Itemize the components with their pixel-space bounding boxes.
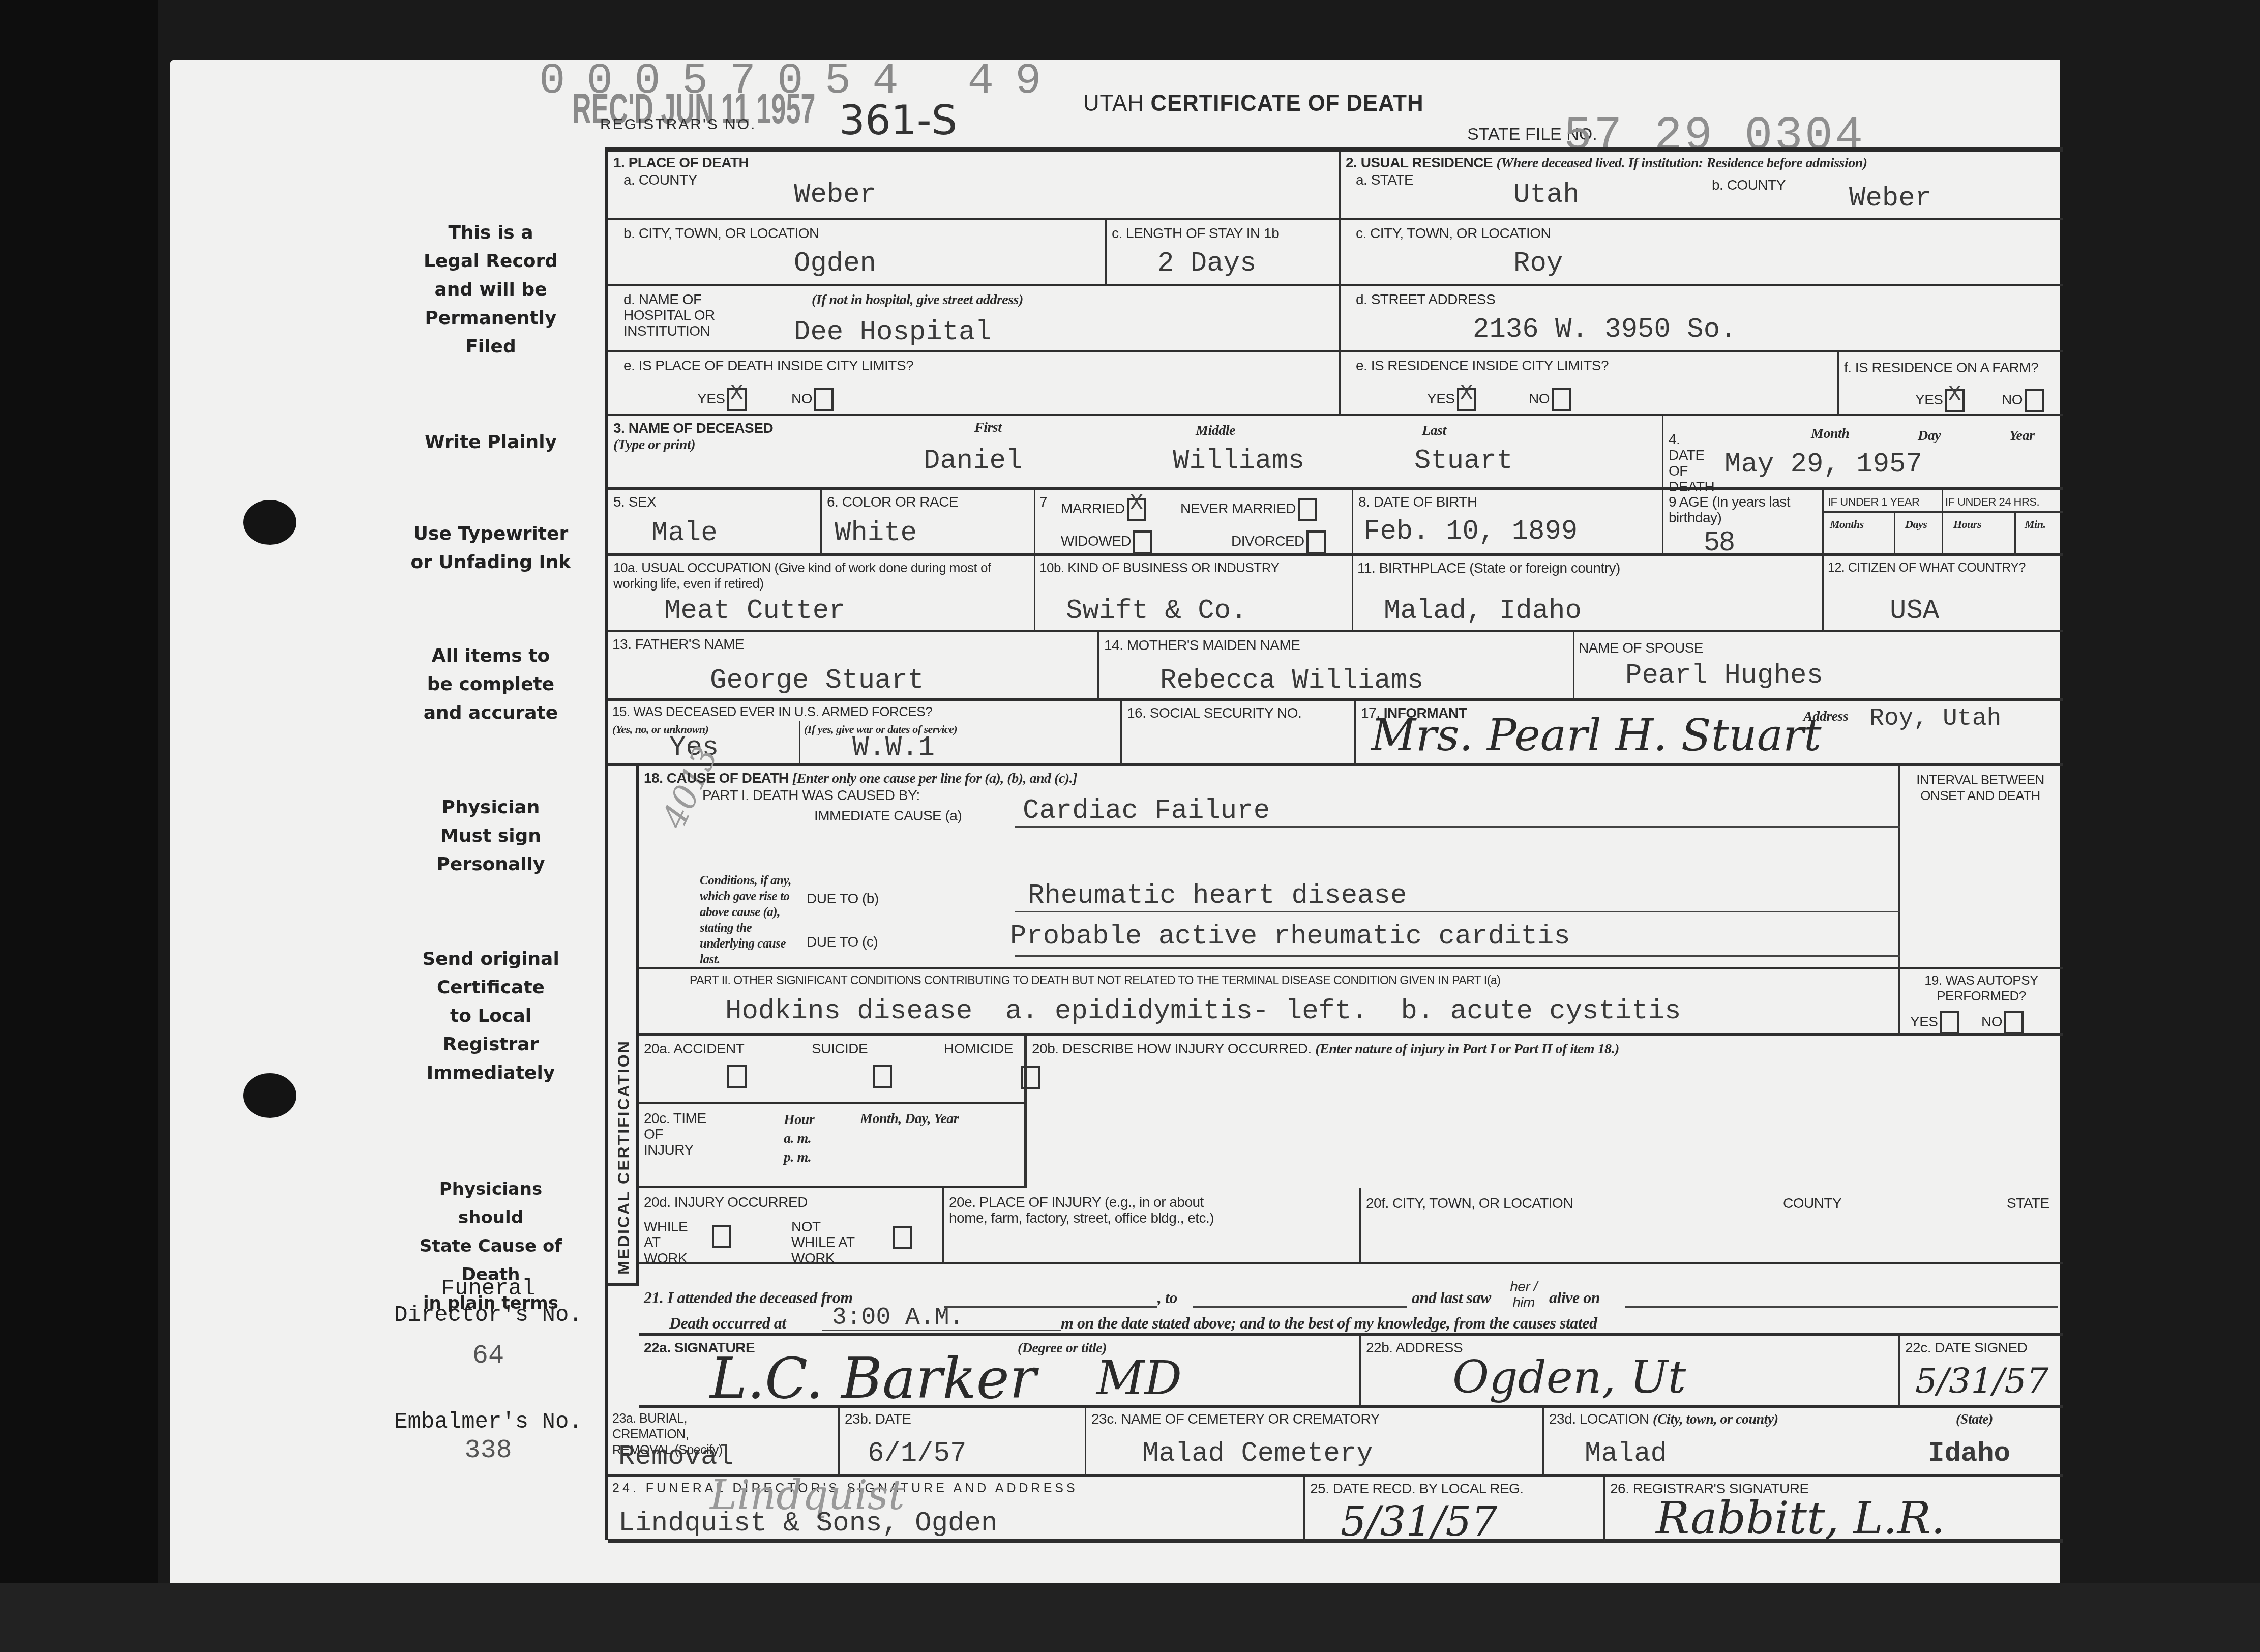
label-dod-day: Day <box>1918 427 1941 444</box>
field-residence-state-county: 2. USUAL RESIDENCE (Where deceased lived… <box>1341 152 2063 220</box>
label-age: 9 AGE (In years last birthday) <box>1669 494 1816 525</box>
value-residence-county[interactable]: Weber <box>1849 183 1931 214</box>
checkbox-icon <box>1133 530 1152 554</box>
field-deceased-name: 3. NAME OF DECEASED(Type or print) First… <box>608 416 1663 490</box>
label-race: 6. COLOR OR RACE <box>827 494 958 510</box>
checkbox-widowed[interactable]: WIDOWED <box>1061 530 1152 554</box>
value-birthplace[interactable]: Malad, Idaho <box>1384 596 1582 627</box>
field-interval: INTERVAL BETWEEN ONSET AND DEATH <box>1900 766 2063 969</box>
label-occupation: 10a. USUAL OCCUPATION (Give kind of work… <box>613 560 1030 592</box>
label-residence-state: a. STATE <box>1356 172 1413 188</box>
field-death-city: b. CITY, TOWN, OR LOCATION Ogden <box>608 220 1107 286</box>
checkbox-residence-city-limits-yes[interactable]: YES <box>1427 388 1476 411</box>
field-informant: 17. INFORMANT Address Mrs. Pearl H. Stua… <box>1356 701 2063 766</box>
label-injury-city: 20f. CITY, TOWN, OR LOCATION <box>1366 1195 1573 1211</box>
label-alive-on: alive on <box>1549 1290 1600 1306</box>
value-death-time[interactable]: 3:00 A.M. <box>832 1304 964 1332</box>
value-race[interactable]: White <box>835 518 917 549</box>
checkbox-icon <box>1298 498 1317 521</box>
label-father: 13. FATHER'S NAME <box>612 636 744 652</box>
registrar-label: REGISTRAR'S NO. <box>600 116 756 133</box>
label-days: Days <box>1905 516 1927 532</box>
value-first-name[interactable]: Daniel <box>924 446 1022 477</box>
value-length-of-stay[interactable]: 2 Days <box>1157 248 1256 279</box>
margin-note-write-plainly: Write Plainly <box>407 428 575 457</box>
label-injury-hour: Houra. m.p. m. <box>784 1110 814 1167</box>
field-injury-location: 20f. CITY, TOWN, OR LOCATION COUNTY STAT… <box>1361 1188 2063 1264</box>
field-age: 9 AGE (In years last birthday) 58 <box>1663 490 1824 556</box>
margin-note-send-original: Send original Certificate to Local Regis… <box>407 945 575 1087</box>
label-immediate-cause: IMMEDIATE CAUSE (a) <box>814 808 962 823</box>
title-state: UTAH <box>1083 90 1144 116</box>
field-citizenship: 12. CITIZEN OF WHAT COUNTRY? USA <box>1824 556 2063 632</box>
label-months: Months <box>1830 516 1864 532</box>
checkbox-not-while-at-work[interactable]: NOT WHILE AT WORK <box>791 1219 863 1266</box>
value-immediate-cause[interactable]: Cardiac Failure <box>1023 795 1270 827</box>
checkbox-icon <box>1940 1011 1959 1035</box>
field-length-of-stay: c. LENGTH OF STAY IN 1b 2 Days <box>1107 220 1341 286</box>
value-death-county[interactable]: Weber <box>794 180 876 211</box>
label-death-city-limits: e. IS PLACE OF DEATH INSIDE CITY LIMITS? <box>623 358 913 373</box>
label-deceased-name: 3. NAME OF DECEASED(Type or print) <box>613 420 773 453</box>
label-injury-county: COUNTY <box>1783 1195 1841 1211</box>
field-residence-city: c. CITY, TOWN, OR LOCATION Roy <box>1341 220 2063 286</box>
field-spouse: NAME OF SPOUSE Pearl Hughes <box>1574 632 2063 701</box>
field-date-of-birth: 8. DATE OF BIRTH Feb. 10, 1899 <box>1353 490 1663 556</box>
label-injury-description: 20b. DESCRIBE HOW INJURY OCCURRED. (Ente… <box>1032 1041 1619 1057</box>
value-death-city[interactable]: Ogden <box>794 248 876 279</box>
value-residence-city[interactable]: Roy <box>1513 248 1563 279</box>
field-father: 13. FATHER'S NAME George Stuart <box>608 632 1099 701</box>
field-age-under-1yr: IF UNDER 1 YEAR Months Days <box>1824 490 1943 556</box>
checkbox-residence-city-limits-no[interactable]: NO <box>1529 388 1571 411</box>
label-due-to-b: DUE TO (b) <box>807 891 879 906</box>
checkbox-while-at-work[interactable]: WHILE AT WORK <box>644 1219 705 1266</box>
physician-signature[interactable]: L.C. Barker <box>710 1346 1036 1411</box>
checkbox-not-while-at-work-box[interactable] <box>893 1226 912 1249</box>
checkbox-while-at-work-box[interactable] <box>712 1225 731 1248</box>
label-interval: INTERVAL BETWEEN ONSET AND DEATH <box>1904 772 2057 804</box>
label-death-county: a. COUNTY <box>623 172 697 188</box>
registrar-signature[interactable]: Rabbitt, L.R. <box>1656 1492 1945 1544</box>
field-date-signed: 22c. DATE SIGNED 5/31/57 <box>1900 1336 2063 1408</box>
label-due-to-c: DUE TO (c) <box>807 934 878 950</box>
value-part-two[interactable]: Hodkins disease a. epididymitis- left. b… <box>725 996 1681 1027</box>
label-citizenship: 12. CITIZEN OF WHAT COUNTRY? <box>1828 560 2026 576</box>
label-residence-city-limits: e. IS RESIDENCE INSIDE CITY LIMITS? <box>1356 358 1609 373</box>
physician-address[interactable]: Ogden, Ut <box>1452 1351 1686 1403</box>
field-injury-type: 20a. ACCIDENT SUICIDE HOMICIDE <box>639 1036 1025 1104</box>
value-father[interactable]: George Stuart <box>710 665 924 696</box>
value-citizenship[interactable]: USA <box>1890 596 1939 627</box>
checkbox-icon <box>1552 388 1571 411</box>
label-suicide: SUICIDE <box>812 1041 868 1056</box>
checkbox-icon <box>2004 1011 2024 1035</box>
funeral-director-number: 64 <box>376 1343 600 1369</box>
margin-note-physician-sign: Physician Must sign Personally <box>407 793 575 879</box>
field-disposition: 23a. BURIAL, CREMATION, REMOVAL (Specify… <box>608 1408 840 1477</box>
checkbox-suicide[interactable] <box>873 1065 892 1088</box>
checkbox-death-city-limits-yes[interactable]: YES <box>697 388 747 411</box>
value-age[interactable]: 58 <box>1704 525 1735 557</box>
label-date-of-birth: 8. DATE OF BIRTH <box>1358 494 1477 510</box>
label-mother: 14. MOTHER'S MAIDEN NAME <box>1104 637 1300 653</box>
field-residence-street: d. STREET ADDRESS 2136 W. 3950 So. <box>1341 286 2063 352</box>
field-marital-status: 7 MARRIED NEVER MARRIED WIDOWED DIVORCED <box>1035 490 1353 556</box>
field-attendance: 21. I attended the deceased from , to an… <box>639 1264 2063 1336</box>
label-industry: 10b. KIND OF BUSINESS OR INDUSTRY <box>1039 560 1279 576</box>
label-residence-county: b. COUNTY <box>1712 177 1786 193</box>
value-cemetery[interactable]: Malad Cemetery <box>1142 1438 1373 1469</box>
label-cemetery: 23c. NAME OF CEMETERY OR CREMATORY <box>1091 1411 1380 1427</box>
label-injury-date: Month, Day, Year <box>860 1110 959 1127</box>
label-marital: 7 <box>1039 494 1047 510</box>
value-sex[interactable]: Male <box>651 518 718 549</box>
medical-certification-label: MEDICAL CERTIFICATION <box>614 1040 633 1275</box>
label-part-two: PART II. OTHER SIGNIFICANT CONDITIONS CO… <box>690 972 1500 988</box>
punch-hole-bottom <box>243 1073 296 1118</box>
label-dod-month: Month <box>1811 425 1849 441</box>
label-under-24h: IF UNDER 24 HRS. <box>1945 494 2039 510</box>
label-pronoun: her / him <box>1508 1279 1539 1310</box>
field-race: 6. COLOR OR RACE White <box>822 490 1035 556</box>
label-first: First <box>974 419 1002 435</box>
field-cause-of-death: 18. CAUSE OF DEATH [Enter only one cause… <box>639 766 1900 969</box>
label-part-one: PART I. DEATH WAS CAUSED BY: <box>702 787 920 803</box>
label-attended: 21. I attended the deceased from <box>644 1290 853 1306</box>
field-death-county: 1. PLACE OF DEATH a. COUNTY Weber <box>608 152 1341 220</box>
value-middle-name[interactable]: Williams <box>1173 446 1304 477</box>
medical-certification-frame: MEDICAL CERTIFICATION <box>608 766 639 1286</box>
field-injury-place: 20e. PLACE OF INJURY (e.g., in or about … <box>944 1188 1361 1264</box>
label-injury-state: STATE <box>2007 1195 2049 1211</box>
label-death-occurred-at: Death occurred at <box>669 1315 786 1331</box>
checkbox-never-married[interactable]: NEVER MARRIED <box>1180 498 1317 521</box>
field-funeral-director: 24. FUNERAL DIRECTOR'S SIGNATURE AND ADD… <box>608 1477 1305 1543</box>
label-hospital: d. NAME OF HOSPITAL OR INSTITUTION <box>623 291 715 339</box>
label-local-reg-date: 25. DATE RECD. BY LOCAL REG. <box>1310 1481 1524 1496</box>
checkbox-death-city-limits-no[interactable]: NO <box>791 388 834 411</box>
label-last-saw: and last saw <box>1412 1290 1491 1306</box>
checkbox-icon <box>814 388 834 411</box>
label-dod-year: Year <box>2009 427 2034 444</box>
field-part-two: PART II. OTHER SIGNIFICANT CONDITIONS CO… <box>639 969 1900 1036</box>
checkbox-icon <box>1127 498 1146 521</box>
field-registrar-signature: 26. REGISTRAR'S SIGNATURE Rabbitt, L.R. <box>1605 1477 2063 1543</box>
label-burial-state: (State) <box>1956 1411 1993 1427</box>
field-injury-time: 20c. TIME OF INJURY Houra. m.p. m. Month… <box>639 1104 1025 1188</box>
label-hours: Hours <box>1953 516 1981 532</box>
label-physician-address: 22b. ADDRESS <box>1366 1340 1463 1355</box>
field-burial-location: 23d. LOCATION (City, town, or county) (S… <box>1544 1408 2063 1477</box>
checkbox-icon <box>2025 389 2044 412</box>
punch-hole-top <box>243 500 296 545</box>
field-date-of-death: 4. DATE OF DEATH Month Day Year May 29, … <box>1663 416 2063 490</box>
label-accident: 20a. ACCIDENT <box>644 1041 744 1056</box>
certificate-form: 1. PLACE OF DEATH a. COUNTY Weber 2. USU… <box>605 147 2063 1540</box>
label-attended-to: , to <box>1157 1290 1177 1306</box>
field-physician-address: 22b. ADDRESS Ogden, Ut <box>1361 1336 1900 1408</box>
field-ssn: 16. SOCIAL SECURITY NO. <box>1122 701 1356 766</box>
checkbox-married[interactable]: MARRIED <box>1061 498 1146 521</box>
checkbox-accident[interactable] <box>727 1065 747 1088</box>
funeral-director-label: Funeral Director's No. <box>376 1276 600 1329</box>
field-sex: 5. SEX Male <box>608 490 822 556</box>
label-injury-place: 20e. PLACE OF INJURY (e.g., in or about … <box>949 1194 1234 1226</box>
value-hospital[interactable]: Dee Hospital <box>794 317 992 348</box>
label-under-1yr: IF UNDER 1 YEAR <box>1828 494 1919 510</box>
value-residence-state[interactable]: Utah <box>1513 180 1580 211</box>
physician-degree[interactable]: MD <box>1096 1351 1182 1405</box>
scan-background-left <box>0 0 158 1652</box>
checkbox-icon <box>727 388 747 411</box>
checkbox-autopsy-yes[interactable]: YES <box>1910 1011 1959 1035</box>
registrar-number: 361-S <box>839 97 957 144</box>
value-burial-location[interactable]: Malad <box>1585 1438 1667 1469</box>
field-hospital: d. NAME OF HOSPITAL OR INSTITUTION (If n… <box>608 286 1341 352</box>
margin-note-complete: All items to be complete and accurate <box>407 642 575 727</box>
value-disposition-date[interactable]: 6/1/57 <box>868 1438 966 1469</box>
label-injury-time: 20c. TIME OF INJURY <box>644 1110 715 1158</box>
value-mother[interactable]: Rebecca Williams <box>1160 665 1423 696</box>
field-age-under-24h: IF UNDER 24 HRS. Hours Min. <box>1943 490 2063 556</box>
hint-conditions: Conditions, if any, which gave rise to a… <box>700 873 801 967</box>
label-residence-city: c. CITY, TOWN, OR LOCATION <box>1356 225 1551 241</box>
field-cemetery: 23c. NAME OF CEMETERY OR CREMATORY Malad… <box>1086 1408 1544 1477</box>
label-burial-location: 23d. LOCATION (City, town, or county) <box>1549 1411 1778 1427</box>
value-last-name[interactable]: Stuart <box>1414 446 1513 477</box>
value-industry[interactable]: Swift & Co. <box>1066 596 1247 627</box>
label-date-signed: 22c. DATE SIGNED <box>1905 1340 2027 1355</box>
value-residence-street[interactable]: 2136 W. 3950 So. <box>1473 314 1736 345</box>
field-injury-at-work: 20d. INJURY OCCURRED WHILE AT WORK NOT W… <box>639 1188 944 1264</box>
field-residence-city-limits: e. IS RESIDENCE INSIDE CITY LIMITS? YES … <box>1341 352 1839 416</box>
checkbox-farm-no[interactable]: NO <box>2002 389 2044 412</box>
label-birthplace: 11. BIRTHPLACE (State or foreign country… <box>1357 560 1620 576</box>
margin-note-typewriter: Use Typewriter or Unfading Ink <box>407 520 575 577</box>
embalmer-label: Embalmer's No. <box>376 1409 600 1435</box>
embalmer-number: 338 <box>376 1437 600 1464</box>
checkbox-autopsy-no[interactable]: NO <box>1981 1011 2024 1035</box>
date-signed[interactable]: 5/31/57 <box>1915 1361 2048 1401</box>
label-disposition-date: 23b. DATE <box>845 1411 911 1427</box>
label-armed-forces: 15. WAS DECEASED EVER IN U.S. ARMED FORC… <box>612 704 932 720</box>
label-date-of-death: 4. DATE OF DEATH <box>1669 431 1714 494</box>
label-cause-of-death: 18. CAUSE OF DEATH [Enter only one cause… <box>644 770 1077 786</box>
informant-signature[interactable]: Mrs. Pearl H. Stuart <box>1371 710 1822 761</box>
checkbox-divorced[interactable]: DIVORCED <box>1231 530 1326 554</box>
field-residence-farm: f. IS RESIDENCE ON A FARM? YES NO <box>1839 352 2063 416</box>
label-sex: 5. SEX <box>613 494 656 510</box>
label-injury-occurred: 20d. INJURY OCCURRED <box>644 1194 808 1210</box>
title-text: CERTIFICATE OF DEATH <box>1151 90 1424 116</box>
label-place-of-death: 1. PLACE OF DEATH <box>613 155 749 170</box>
field-injury-description: 20b. DESCRIBE HOW INJURY OCCURRED. (Ente… <box>1025 1036 2063 1188</box>
scan-background-bottom <box>0 1583 2260 1652</box>
value-due-to-b[interactable]: Rheumatic heart disease <box>1028 880 1407 911</box>
label-homicide: HOMICIDE <box>944 1041 1013 1056</box>
margin-note-legal: This is a Legal Record and will be Perma… <box>407 219 575 361</box>
field-mother: 14. MOTHER'S MAIDEN NAME Rebecca William… <box>1099 632 1574 701</box>
label-usual-residence: 2. USUAL RESIDENCE (Where deceased lived… <box>1346 155 1867 171</box>
label-last: Last <box>1422 422 1446 438</box>
label-length-of-stay: c. LENGTH OF STAY IN 1b <box>1112 225 1279 241</box>
label-middle: Middle <box>1196 422 1235 438</box>
checkbox-farm-yes[interactable]: YES <box>1915 389 1965 412</box>
label-min: Min. <box>2025 516 2045 532</box>
field-disposition-date: 23b. DATE 6/1/57 <box>840 1408 1086 1477</box>
value-informant-address[interactable]: Roy, Utah <box>1869 705 2001 732</box>
checkbox-icon <box>1306 530 1326 554</box>
field-local-reg-date: 25. DATE RECD. BY LOCAL REG. 5/31/57 <box>1305 1477 1605 1543</box>
local-reg-date[interactable]: 5/31/57 <box>1341 1498 1497 1545</box>
value-disposition[interactable]: Removal <box>618 1441 734 1472</box>
value-date-of-death[interactable]: May 29, 1957 <box>1724 449 1922 480</box>
value-spouse[interactable]: Pearl Hughes <box>1625 660 1823 691</box>
label-spouse: NAME OF SPOUSE <box>1579 640 1703 656</box>
field-birthplace: 11. BIRTHPLACE (State or foreign country… <box>1353 556 1824 632</box>
label-autopsy: 19. WAS AUTOPSY PERFORMED? <box>1905 972 2058 1004</box>
value-funeral-director[interactable]: Lindquist & Sons, Ogden <box>618 1508 997 1539</box>
hint-hospital: (If not in hospital, give street address… <box>812 291 1023 308</box>
label-death-city: b. CITY, TOWN, OR LOCATION <box>623 225 819 241</box>
value-war-service[interactable]: W.W.1 <box>852 732 935 763</box>
field-autopsy: 19. WAS AUTOPSY PERFORMED? YES NO <box>1900 969 2063 1036</box>
label-ssn: 16. SOCIAL SECURITY NO. <box>1127 705 1301 721</box>
value-date-of-birth[interactable]: Feb. 10, 1899 <box>1363 516 1578 547</box>
field-industry: 10b. KIND OF BUSINESS OR INDUSTRY Swift … <box>1035 556 1353 632</box>
field-physician-signature: 22a. SIGNATURE (Degree or title) L.C. Ba… <box>639 1336 1361 1408</box>
checkbox-icon <box>1457 388 1476 411</box>
field-occupation: 10a. USUAL OCCUPATION (Give kind of work… <box>608 556 1035 632</box>
field-death-city-limits: e. IS PLACE OF DEATH INSIDE CITY LIMITS?… <box>608 352 1341 416</box>
label-residence-street: d. STREET ADDRESS <box>1356 291 1495 307</box>
certificate-title: UTAH CERTIFICATE OF DEATH <box>1083 89 1424 116</box>
value-burial-state[interactable]: Idaho <box>1928 1438 2010 1469</box>
value-occupation[interactable]: Meat Cutter <box>664 596 845 627</box>
label-death-occurred-suffix: m on the date stated above; and to the b… <box>1061 1315 1597 1331</box>
checkbox-icon <box>1945 389 1965 412</box>
label-residence-farm: f. IS RESIDENCE ON A FARM? <box>1844 360 2038 375</box>
value-due-to-c[interactable]: Probable active rheumatic carditis <box>1010 921 1570 952</box>
